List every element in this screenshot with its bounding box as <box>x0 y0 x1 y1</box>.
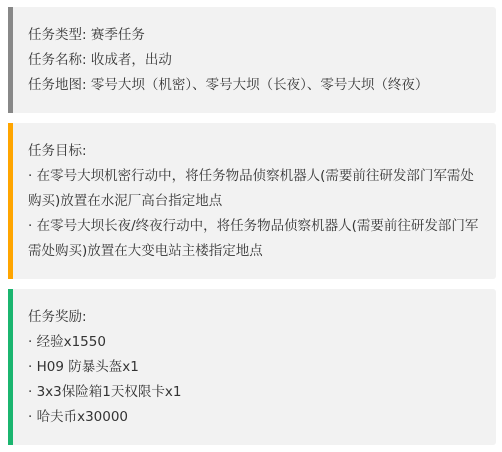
reward-title: 任务奖励: <box>28 305 484 330</box>
mission-map: 任务地图: 零号大坝（机密）、零号大坝（长夜）、零号大坝（终夜） <box>28 73 484 98</box>
reward-item: · 经验x1550 <box>28 330 484 355</box>
reward-item: · 哈夫币x30000 <box>28 405 484 430</box>
reward-item: · H09 防暴头盔x1 <box>28 355 484 380</box>
mission-goal-panel: 任务目标: · 在零号大坝机密行动中，将任务物品侦察机器人(需要前往研发部门军需… <box>8 123 496 279</box>
goal-item: · 在零号大坝长夜/终夜行动中，将任务物品侦察机器人(需要前往研发部门军需处购买… <box>28 214 484 264</box>
mission-name: 任务名称: 收成者，出动 <box>28 48 484 73</box>
goal-item: · 在零号大坝机密行动中，将任务物品侦察机器人(需要前往研发部门军需处购买)放置… <box>28 164 484 214</box>
mission-type: 任务类型: 赛季任务 <box>28 23 484 48</box>
goal-title: 任务目标: <box>28 139 484 164</box>
mission-info-panel: 任务类型: 赛季任务 任务名称: 收成者，出动 任务地图: 零号大坝（机密）、零… <box>8 7 496 113</box>
mission-reward-panel: 任务奖励: · 经验x1550 · H09 防暴头盔x1 · 3x3保险箱1天权… <box>8 289 496 445</box>
reward-item: · 3x3保险箱1天权限卡x1 <box>28 380 484 405</box>
